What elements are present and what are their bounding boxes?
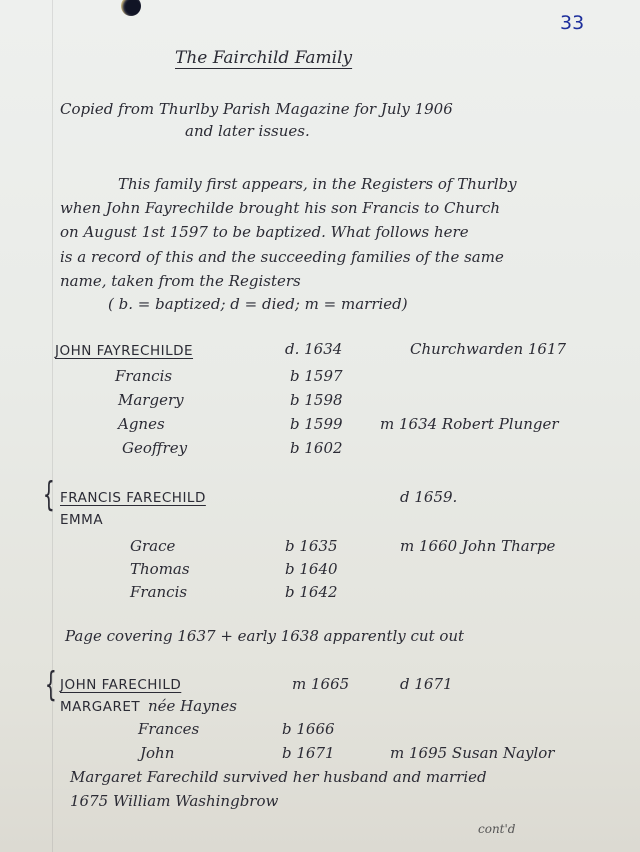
child-event: b 1642	[285, 583, 338, 601]
child-event: b 1666	[282, 720, 335, 738]
child-name: Frances	[138, 720, 199, 738]
child-name: Geoffrey	[122, 439, 187, 457]
child-event: b 1599	[290, 415, 343, 433]
family-head: FRANCIS FARECHILD	[60, 490, 206, 506]
intro-line: on August 1st 1597 to be baptized. What …	[60, 223, 469, 241]
child-event: b 1640	[285, 560, 338, 578]
intro-line: is a record of this and the succeeding f…	[60, 248, 504, 266]
closing-line: 1675 William Washingbrow	[70, 792, 278, 810]
head-event: d 1659.	[400, 488, 457, 506]
family-head: MARGARET	[60, 699, 140, 715]
gap-note: Page covering 1637 + early 1638 apparent…	[65, 627, 464, 645]
intro-line: when John Fayrechilde brought his son Fr…	[60, 199, 500, 217]
head-married: m 1665	[292, 675, 349, 693]
child-event: b 1598	[290, 391, 343, 409]
document-title: The Fairchild Family	[175, 48, 352, 68]
head-event: d 1671	[400, 675, 453, 693]
child-name: Agnes	[118, 415, 165, 433]
intro-line: This family first appears, in the Regist…	[118, 175, 517, 193]
child-name: Thomas	[130, 560, 190, 578]
child-event: b 1635	[285, 537, 338, 555]
source-line-1: Copied from Thurlby Parish Magazine for …	[60, 100, 453, 118]
child-event: b 1671	[282, 744, 335, 762]
source-line-2: and later issues.	[185, 122, 310, 140]
head-event: d. 1634	[285, 340, 342, 358]
child-name: Grace	[130, 537, 175, 555]
child-name: Francis	[115, 367, 172, 385]
brace: {	[43, 475, 55, 515]
brace: {	[45, 665, 57, 705]
intro-line: name, taken from the Registers	[60, 272, 301, 290]
maiden-name: née Haynes	[148, 697, 237, 715]
child-note: m 1695 Susan Naylor	[390, 744, 554, 762]
continued-note: cont'd	[478, 822, 515, 836]
margin-line	[52, 0, 53, 852]
head-note: Churchwarden 1617	[410, 340, 566, 358]
closing-line: Margaret Farechild survived her husband …	[70, 768, 487, 786]
family-head: EMMA	[60, 512, 103, 528]
punch-hole	[121, 0, 141, 16]
child-name: John	[140, 744, 174, 762]
page-number: 33	[560, 12, 584, 34]
family-head: JOHN FARECHILD	[60, 677, 181, 693]
child-event: b 1602	[290, 439, 343, 457]
child-name: Francis	[130, 583, 187, 601]
family-head: JOHN FAYRECHILDE	[55, 343, 193, 359]
child-event: b 1597	[290, 367, 343, 385]
legend-line: ( b. = baptized; d = died; m = married)	[108, 295, 408, 313]
child-name: Margery	[118, 391, 184, 409]
child-note: m 1634 Robert Plunger	[380, 415, 559, 433]
child-note: m 1660 John Tharpe	[400, 537, 555, 555]
